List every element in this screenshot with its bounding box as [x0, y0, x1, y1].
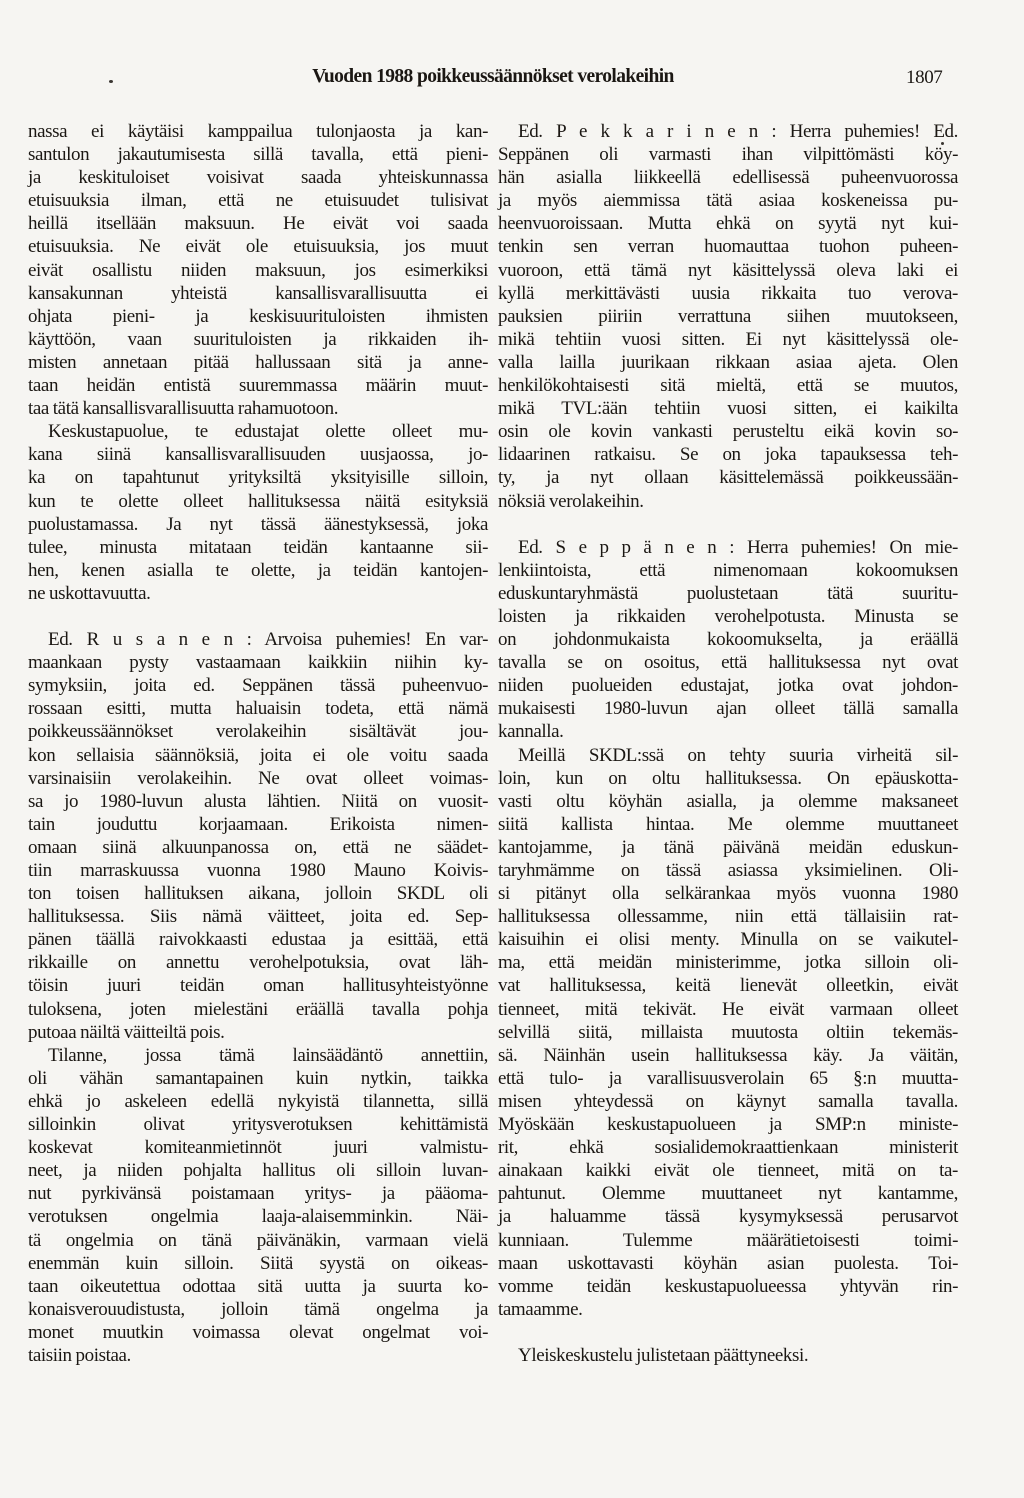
paragraph: Ed. P e k k a r i n e n : Herra puhemies… — [498, 120, 958, 513]
text-line: etuisuuksia ilman, että ne etuisuudet tu… — [28, 189, 488, 212]
page-title: Vuoden 1988 poikkeussäännökset verolakei… — [28, 66, 958, 88]
text-line: siitä kallista hintaa. Me olemme muuttan… — [498, 813, 958, 836]
page-number: 1807 — [906, 67, 942, 89]
text-line: taan heidän entistä suuremmassa määrin m… — [28, 374, 488, 397]
right-column: Ed. P e k k a r i n e n : Herra puhemies… — [498, 120, 958, 1367]
text-line: vasti oltu köyhän asialla, ja olemme mak… — [498, 790, 958, 813]
text-line: santulon jakautumisesta sillä tavalla, e… — [28, 143, 488, 166]
text-line: Seppänen oli varmasti ihan vilpittömästi… — [498, 143, 958, 166]
text-line: vomme teidän keskustapuolueessa yhtyvän … — [498, 1275, 958, 1298]
text-line: että tulo- ja varallisuusverolain 65 §:n… — [498, 1067, 958, 1090]
text-line: selvillä siitä, millaista muutosta oltii… — [498, 1021, 958, 1044]
text-line: konaisverouudistusta, jolloin tämä ongel… — [28, 1298, 488, 1321]
text-line: kun te olette olleet hallituksessa näitä… — [28, 490, 488, 513]
text-line: misen yhteydessä on käynyt samalla taval… — [498, 1090, 958, 1113]
paragraph: Ed. R u s a n e n : Arvoisa puhemies! En… — [28, 628, 488, 1044]
text-line: kaisuihin ei olisi menty. Minulla on se … — [498, 928, 958, 951]
text-line: loin, kun on oltu hallituksessa. On epäu… — [498, 767, 958, 790]
text-line: ehkä jo askeleen edellä nykyistä tilanne… — [28, 1090, 488, 1113]
text-line: tain jouduttu korjaamaan. Erikoista nime… — [28, 813, 488, 836]
text-line: puolustamassa. Ja nyt tässä äänestyksess… — [28, 513, 488, 536]
document-page: Vuoden 1988 poikkeussäännökset verolakei… — [0, 0, 1024, 1498]
text-line: niiden puolueiden edustajat, jotka ovat … — [498, 674, 958, 697]
text-line: Tilanne, jossa tämä lainsäädäntö annetti… — [28, 1044, 488, 1067]
text-line: osin ole kovin vankasti perusteltu eikä … — [498, 420, 958, 443]
text-line: ma, että meidän ministerimme, jotka sill… — [498, 951, 958, 974]
text-line: ja myös aiemmissa tätä asiaa koskeneissa… — [498, 189, 958, 212]
text-line: rit, ehkä sosialidemokraattienkaan minis… — [498, 1136, 958, 1159]
text-line: ohjata pieni- ja keskisuurituloisten ihm… — [28, 305, 488, 328]
text-line: hen, kenen asialla te olette, ja teidän … — [28, 559, 488, 582]
text-line: rossaan esitti, mutta haluaisin todeta, … — [28, 697, 488, 720]
text-line: kana siinä kansallisvarallisuuden uusjao… — [28, 443, 488, 466]
text-line: Ed. R u s a n e n : Arvoisa puhemies! En… — [28, 628, 488, 651]
text-line: silloinkin olivat yritysverotuksen kehit… — [28, 1113, 488, 1136]
text-line: symyksiin, joita ed. Seppänen tässä puhe… — [28, 674, 488, 697]
text-line: lenkiintoista, että nimenomaan kokoomuks… — [498, 559, 958, 582]
text-line: sä. Näinhän usein hallituksessa käy. Ja … — [498, 1044, 958, 1067]
paragraph: Keskustapuolue, te edustajat olette olle… — [28, 420, 488, 605]
text-line: enemmän kuin silloin. Siitä syystä on oi… — [28, 1252, 488, 1275]
text-line: ton toisen hallituksen aikana, jolloin S… — [28, 882, 488, 905]
text-line: kon sellaisia säännöksiä, joita ei ole v… — [28, 744, 488, 767]
text-line: nassa ei käytäisi kamppailua tulonjaosta… — [28, 120, 488, 143]
text-line: eduskuntaryhmästä puolustetaan tätä suur… — [498, 582, 958, 605]
text-line: ja keskituloiset voisivat saada yhteisku… — [28, 166, 488, 189]
text-line: ty, ja nyt ollaan käsittelemässä poikkeu… — [498, 466, 958, 489]
text-line: pauksien piiriin verrattuna siihen muuto… — [498, 305, 958, 328]
text-line: henkilökohtaisesti sitä mieltä, että se … — [498, 374, 958, 397]
text-line: Myöskään keskustapuolueen ja SMP:n minis… — [498, 1113, 958, 1136]
text-line: pänen täällä raivokkaasti edustaa ja esi… — [28, 928, 488, 951]
text-line: tulee, minusta mitataan teidän kantaanne… — [28, 536, 488, 559]
text-line: kantojamme, ja tänä päivänä meidän edusk… — [498, 836, 958, 859]
text-line: töisin juuri teidän oman hallitusyhteist… — [28, 974, 488, 997]
text-line: mikä TVL:ään tehtiin vuosi sitten, ei ka… — [498, 397, 958, 420]
text-line: kannalla. — [498, 720, 958, 743]
text-line: heillä itsellään maksuun. He eivät voi s… — [28, 212, 488, 235]
text-line: ka on tapahtunut yrityksiltä yksityisill… — [28, 466, 488, 489]
paragraph: nassa ei käytäisi kamppailua tulonjaosta… — [28, 120, 488, 420]
text-line: nöksiä verolakeihin. — [498, 490, 958, 513]
text-line: verotuksen ongelmia laaja-alaisemminkin.… — [28, 1205, 488, 1228]
text-line: hallituksessa ollessamme, niin että täll… — [498, 905, 958, 928]
text-line: eivät osallistu niiden maksuun, jos esim… — [28, 259, 488, 282]
paragraph: Ed. S e p p ä n e n : Herra puhemies! On… — [498, 536, 958, 744]
text-line: vat hallituksessa, keitä lienevät olleet… — [498, 974, 958, 997]
text-line: kansakunnan yhteistä kansallisvarallisuu… — [28, 282, 488, 305]
text-line: tiin marraskuussa vuonna 1980 Mauno Koiv… — [28, 859, 488, 882]
text-line: poikkeussäännökset verolakeihin sisältäv… — [28, 720, 488, 743]
text-line: lidaarinen ratkaisu. Se on joka tapaukse… — [498, 443, 958, 466]
text-line: mukaisesti 1980-luvun ajan olleet tällä … — [498, 697, 958, 720]
text-line: tavalla se on osoitus, että hallituksess… — [498, 651, 958, 674]
text-line: valla lailla juurikaan rikkaan asiaa aje… — [498, 351, 958, 374]
text-line: pahtunut. Olemme muuttaneet nyt kantamme… — [498, 1182, 958, 1205]
text-line: ne uskottavuutta. — [28, 582, 488, 605]
text-line: etuisuuksia. Ne eivät ole etuisuuksia, j… — [28, 235, 488, 258]
text-line: ainakaan kaikki eivät ole tienneet, mitä… — [498, 1159, 958, 1182]
text-line: taan oikeutettua odottaa sitä uutta ja s… — [28, 1275, 488, 1298]
text-line: tä ongelmia on tänä päivänäkin, varmaan … — [28, 1229, 488, 1252]
paragraph: Tilanne, jossa tämä lainsäädäntö annetti… — [28, 1044, 488, 1367]
text-line: kyllä merkittävästi uusia rikkaita tuo v… — [498, 282, 958, 305]
text-line: omaan siinä alkuunpanossa on, että ne sä… — [28, 836, 488, 859]
text-line: taa tätä kansallisvarallisuutta rahamuot… — [28, 397, 488, 420]
text-line: tenkin sen verran huomauttaa tuohon puhe… — [498, 235, 958, 258]
text-line: Yleiskeskustelu julistetaan päättyneeksi… — [498, 1344, 958, 1367]
text-line: vuoroon, että tämä nyt käsittelyssä olev… — [498, 259, 958, 282]
text-line: maan uskottavasti köyhän asian puolesta.… — [498, 1252, 958, 1275]
text-line: Meillä SKDL:ssä on tehty suuria virheitä… — [498, 744, 958, 767]
text-line: Ed. S e p p ä n e n : Herra puhemies! On… — [498, 536, 958, 559]
text-line: loisten ja rikkaiden verohelpotusta. Min… — [498, 605, 958, 628]
text-line: koskevat komiteanmietinnöt juuri valmist… — [28, 1136, 488, 1159]
paragraph: Yleiskeskustelu julistetaan päättyneeksi… — [498, 1344, 958, 1367]
text-line: Ed. P e k k a r i n e n : Herra puhemies… — [498, 120, 958, 143]
text-line: ja haluamme tässä kysymyksessä perusarvo… — [498, 1205, 958, 1228]
text-line: misten annetaan pitää hallussaan sitä ja… — [28, 351, 488, 374]
text-line: si pitänyt olla selkärankaa myös vuonna … — [498, 882, 958, 905]
paragraph: Meillä SKDL:ssä on tehty suuria virheitä… — [498, 744, 958, 1321]
text-line: rikkaille on annettu verohelpotuksia, ov… — [28, 951, 488, 974]
text-line: neet, ja niiden pohjalta hallitus oli si… — [28, 1159, 488, 1182]
text-line: käyttöön, vaan suurituloisten ja rikkaid… — [28, 328, 488, 351]
text-line: taisiin poistaa. — [28, 1344, 488, 1367]
text-line: tienneet, mitä tekivät. He eivät varmaan… — [498, 998, 958, 1021]
text-line: kunniaan. Tulemme määrätietoisesti toimi… — [498, 1229, 958, 1252]
text-line: hän asialla liikkeellä edellisessä puhee… — [498, 166, 958, 189]
left-column: nassa ei käytäisi kamppailua tulonjaosta… — [28, 120, 488, 1367]
text-line: mikä tehtiin vuosi sitten. Ei nyt käsitt… — [498, 328, 958, 351]
text-line: taryhmämme on tässä asiassa yksimielinen… — [498, 859, 958, 882]
text-line: sa jo 1980-luvun alusta lähtien. Niitä o… — [28, 790, 488, 813]
text-line: maankaan pysty vastaamaan kaikkiin niihi… — [28, 651, 488, 674]
text-line: nut pyrkivänsä poistamaan yritys- ja pää… — [28, 1182, 488, 1205]
text-line: hallituksessa. Siis nämä väitteet, joita… — [28, 905, 488, 928]
text-line: tuloksena, joten mielestäni eräällä tava… — [28, 998, 488, 1021]
text-line: varsinaisiin verolakeihin. Ne ovat ollee… — [28, 767, 488, 790]
text-line: oli vähän samantapainen kuin nytkin, tai… — [28, 1067, 488, 1090]
text-line: monet muutkin voimassa olevat ongelmat v… — [28, 1321, 488, 1344]
text-line: on johdonmukaista kokoomukselta, ja erää… — [498, 628, 958, 651]
text-line: tamaamme. — [498, 1298, 958, 1321]
text-line: Keskustapuolue, te edustajat olette olle… — [28, 420, 488, 443]
text-line: heenvuoroissaan. Mutta ehkä on syytä nyt… — [498, 212, 958, 235]
text-line: putoaa näiltä väitteiltä pois. — [28, 1021, 488, 1044]
